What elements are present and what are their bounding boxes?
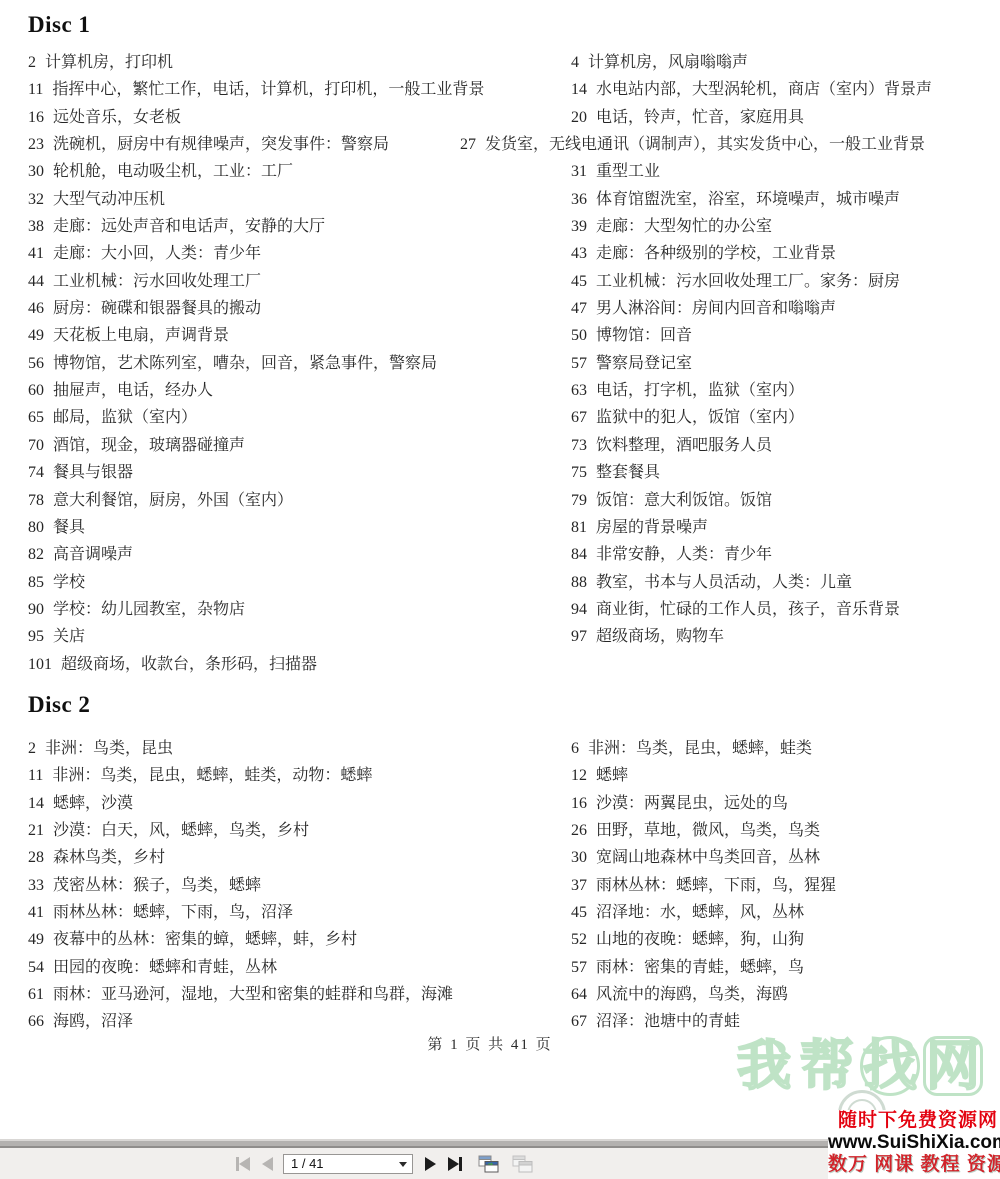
track-entry: 4计算机房，风扇嗡嗡声 (571, 49, 932, 76)
disc-1-right-column: 4计算机房，风扇嗡嗡声14水电站内部，大型涡轮机，商店（室内）背景声20电话，铃… (571, 49, 932, 651)
track-entry: 45沼泽地：水，蟋蟀，风，丛林 (571, 899, 836, 926)
track-entry: 95关店 (28, 623, 484, 650)
track-entry: 101超级商场，收款台，条形码，扫描器 (28, 651, 484, 678)
track-entry: 41走廊：大小回，人类：青少年 (28, 240, 484, 267)
last-page-icon (448, 1157, 459, 1171)
track-entry: 79饭馆：意大利饭馆。饭馆 (571, 487, 932, 514)
track-entry: 54田园的夜晚：蟋蟀和青蛙，丛林 (28, 954, 453, 981)
track-entry: 27发货室，无线电通讯（调制声），其实发货中心，一般工业背景 (460, 131, 932, 158)
track-entry: 74餐具与银器 (28, 459, 484, 486)
document-viewer: 第 1 页 共 41 页 Disc 12计算机房，打印机11指挥中心，繁忙工作，… (0, 0, 1000, 1179)
track-entry: 67沼泽：池塘中的青蛙 (571, 1008, 836, 1035)
disc-heading-2: Disc 2 (28, 692, 90, 718)
track-entry: 45工业机械：污水回收处理工厂。家务：厨房 (571, 268, 932, 295)
track-entry: 44工业机械：污水回收处理工厂 (28, 268, 484, 295)
page-footer: 第 1 页 共 41 页 (0, 1033, 980, 1054)
track-entry: 2计算机房，打印机 (28, 49, 484, 76)
track-entry: 73饮料整理，酒吧服务人员 (571, 432, 932, 459)
track-entry: 47男人淋浴间：房间内回音和嗡嗡声 (571, 295, 932, 322)
track-entry: 14水电站内部，大型涡轮机，商店（室内）背景声 (571, 76, 932, 103)
track-entry: 32大型气动冲压机 (28, 186, 484, 213)
promo-url: www.SuiShiXia.com (828, 1132, 998, 1153)
first-page-button[interactable] (236, 1157, 250, 1171)
track-entry: 20电话，铃声，忙音，家庭用具 (571, 104, 932, 131)
promo-slogan: 随时下免费资源网 (828, 1110, 998, 1132)
track-entry: 36体育馆盥洗室，浴室，环境噪声，城市噪声 (571, 186, 932, 213)
previous-view-icon (478, 1155, 500, 1173)
next-view-button[interactable] (512, 1155, 534, 1173)
promo-overlay: 随时下免费资源网 www.SuiShiXia.com 数万 网课 教程 资源 (828, 1110, 1000, 1179)
track-entry: 64风流中的海鸥，鸟类，海鸥 (571, 981, 836, 1008)
track-entry: 28森林鸟类，乡村 (28, 844, 453, 871)
disc-2-right-column: 6非洲：鸟类，昆虫，蟋蟀，蛙类12蟋蟀16沙漠：两翼昆虫，远处的鸟26田野，草地… (571, 735, 836, 1036)
previous-page-button[interactable] (262, 1157, 273, 1171)
track-entry: 46厨房：碗碟和银器餐具的搬动 (28, 295, 484, 322)
disc-heading-1: Disc 1 (28, 12, 90, 38)
disc-2-left-column: 2非洲：鸟类，昆虫11非洲：鸟类，昆虫，蟋蟀，蛙类，动物：蟋蟀14蟋蟀，沙漠21… (28, 735, 453, 1036)
track-entry: 30宽阔山地森林中鸟类回音，丛林 (571, 844, 836, 871)
track-entry: 12蟋蟀 (571, 762, 836, 789)
last-page-button[interactable] (448, 1157, 462, 1171)
previous-view-button[interactable] (478, 1155, 500, 1173)
page-number-box (283, 1154, 413, 1174)
track-entry: 33茂密丛林：猴子，鸟类，蟋蟀 (28, 872, 453, 899)
track-entry: 11指挥中心，繁忙工作，电话，计算机，打印机，一般工业背景 (28, 76, 484, 103)
track-entry: 80餐具 (28, 514, 484, 541)
track-entry: 70酒馆，现金，玻璃器碰撞声 (28, 432, 484, 459)
track-entry: 23洗碗机，厨房中有规律噪声，突发事件：警察局 (28, 131, 484, 158)
track-entry: 82高音调噪声 (28, 541, 484, 568)
track-entry: 85学校 (28, 569, 484, 596)
track-entry: 81房屋的背景噪声 (571, 514, 932, 541)
next-page-icon (425, 1157, 436, 1171)
track-entry: 21沙漠：白天，风，蟋蟀，鸟类，乡村 (28, 817, 453, 844)
track-entry: 31重型工业 (571, 158, 932, 185)
track-entry: 60抽屉声，电话，经办人 (28, 377, 484, 404)
page-number-input[interactable] (283, 1154, 413, 1174)
disc-1-left-column: 2计算机房，打印机11指挥中心，繁忙工作，电话，计算机，打印机，一般工业背景16… (28, 49, 484, 678)
track-entry: 52山地的夜晚：蟋蟀，狗，山狗 (571, 926, 836, 953)
page-dropdown-icon[interactable] (399, 1162, 407, 1167)
track-entry: 63电话，打字机，监狱（室内） (571, 377, 932, 404)
track-entry: 11非洲：鸟类，昆虫，蟋蟀，蛙类，动物：蟋蟀 (28, 762, 453, 789)
track-entry: 88教室，书本与人员活动，人类：儿童 (571, 569, 932, 596)
track-entry: 38走廊：远处声音和电话声，安静的大厅 (28, 213, 484, 240)
track-entry: 30轮机舱，电动吸尘机，工业：工厂 (28, 158, 484, 185)
track-entry: 50博物馆：回音 (571, 322, 932, 349)
document-page: 第 1 页 共 41 页 Disc 12计算机房，打印机11指挥中心，繁忙工作，… (0, 0, 1000, 1179)
previous-page-icon (262, 1157, 273, 1171)
track-entry: 56博物馆，艺术陈列室，嘈杂，回音，紧急事件，警察局 (28, 350, 484, 377)
track-entry: 14蟋蟀，沙漠 (28, 790, 453, 817)
track-entry: 26田野，草地，微风，鸟类，鸟类 (571, 817, 836, 844)
track-entry: 66海鸥，沼泽 (28, 1008, 453, 1035)
track-entry: 94商业街，忙碌的工作人员，孩子，音乐背景 (571, 596, 932, 623)
track-entry: 97超级商场，购物车 (571, 623, 932, 650)
track-entry: 49天花板上电扇，声调背景 (28, 322, 484, 349)
track-entry: 90学校：幼儿园教室，杂物店 (28, 596, 484, 623)
track-entry: 65邮局，监狱（室内） (28, 404, 484, 431)
track-entry: 6非洲：鸟类，昆虫，蟋蟀，蛙类 (571, 735, 836, 762)
track-entry: 16沙漠：两翼昆虫，远处的鸟 (571, 790, 836, 817)
track-entry: 41雨林丛林：蟋蟀，下雨，鸟，沼泽 (28, 899, 453, 926)
track-entry: 16远处音乐，女老板 (28, 104, 484, 131)
track-entry: 61雨林：亚马逊河，湿地，大型和密集的蛙群和鸟群，海滩 (28, 981, 453, 1008)
track-entry: 84非常安静，人类：青少年 (571, 541, 932, 568)
nav-controls (236, 1148, 534, 1179)
track-entry: 2非洲：鸟类，昆虫 (28, 735, 453, 762)
promo-tagline: 数万 网课 教程 资源 (828, 1153, 998, 1177)
track-entry: 57警察局登记室 (571, 350, 932, 377)
track-entry: 75整套餐具 (571, 459, 932, 486)
track-entry: 67监狱中的犯人，饭馆（室内） (571, 404, 932, 431)
track-entry: 49夜幕中的丛林：密集的蟑，蟋蟀，蚌，乡村 (28, 926, 453, 953)
track-entry: 39走廊：大型匆忙的办公室 (571, 213, 932, 240)
next-page-button[interactable] (425, 1157, 436, 1171)
track-entry: 43走廊：各种级别的学校，工业背景 (571, 240, 932, 267)
track-entry: 78意大利餐馆，厨房，外国（室内） (28, 487, 484, 514)
track-entry: 57雨林：密集的青蛙，蟋蟀，鸟 (571, 954, 836, 981)
track-entry: 37雨林丛林：蟋蟀，下雨，鸟，猩猩 (571, 872, 836, 899)
next-view-icon (512, 1155, 534, 1173)
